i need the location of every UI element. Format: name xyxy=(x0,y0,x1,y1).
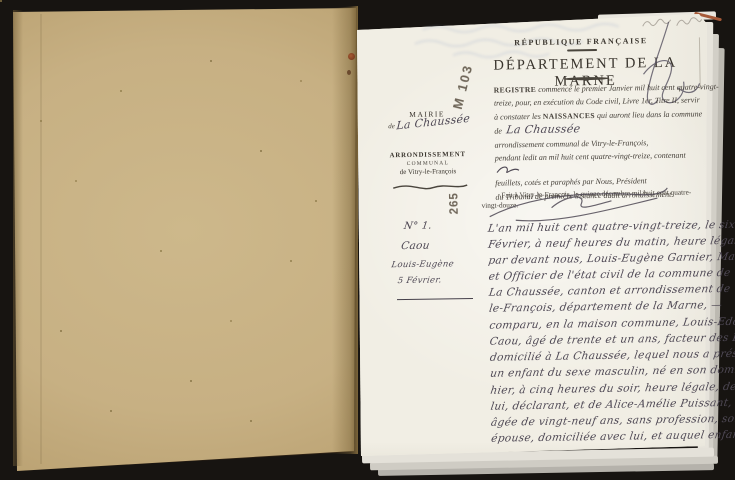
act-body-line: un enfant du sexe masculin, né en son do… xyxy=(489,364,713,380)
registre-line-text: à constater les xyxy=(494,112,543,122)
act-body-line: domicilié à La Chaussée, lequel nous a p… xyxy=(489,348,713,364)
act-body-line: épouse, domiciliée avec lui, et auquel e… xyxy=(490,429,714,445)
scanned-register-photo: { "header": { "republique": "RÉPUBLIQUE … xyxy=(0,0,735,480)
act-body-line: Février, à neuf heures du matin, heure l… xyxy=(487,235,711,251)
feuillets-scribble xyxy=(495,165,521,177)
commune-handwritten: La Chaussée xyxy=(505,122,581,137)
act-margin-number: N° 1. xyxy=(403,221,433,232)
act-body-line: âgée de vingt-neuf ans, sans profession,… xyxy=(490,413,714,429)
act-margin-given-names: Louis-Eugène xyxy=(391,259,455,270)
act-body-line: et Officier de l'état civil de la commun… xyxy=(488,267,712,283)
act-body-line: L'an mil huit cent quatre-vingt-treize, … xyxy=(487,219,711,235)
arrondissement-label: ARRONDISSEMENT xyxy=(387,151,469,159)
mairie-de-label: de xyxy=(388,122,395,130)
registre-line-text: qui auront lieu dans la commune xyxy=(595,109,702,120)
naissances-word: NAISSANCES xyxy=(543,111,595,121)
act-margin-date: 5 Février. xyxy=(397,275,442,286)
registre-word: REGISTRE xyxy=(494,85,537,95)
act-body-line: lui, déclarant, et de Alice-Amélie Puiss… xyxy=(490,397,714,413)
act-body-line: hier, à cinq heures du soir, heure légal… xyxy=(490,381,714,397)
act-body-line: La Chaussée, canton et arrondissement de… xyxy=(488,283,712,299)
registre-line-text: commencé le premier Janvier mil huit cen… xyxy=(536,82,719,94)
act-body-line: par devant nous, Louis-Eugène Garnier, M… xyxy=(488,251,712,267)
foxing-speckles xyxy=(0,0,2,2)
act-body-line: Caou, âgé de trente et un ans, facteur d… xyxy=(489,332,713,348)
left-page-edge-shadow xyxy=(13,10,23,466)
register-page-content: RÉPUBLIQUE FRANÇAISE DÉPARTEMENT DE LA M… xyxy=(355,11,714,458)
act-number-stamp: 265 xyxy=(448,192,460,214)
commune-prefix: de xyxy=(494,127,502,136)
act-body-line: comparu, en la maison commune, Louis-Edo… xyxy=(489,316,713,332)
act-body-line: le-François, département de la Marne, — xyxy=(488,299,712,315)
margin-rule xyxy=(397,298,473,300)
binding-stitch-dot xyxy=(347,70,351,75)
left-page-crease xyxy=(40,14,42,464)
binding-stitch-dot xyxy=(348,53,355,60)
vitry-label: de Vitry-le-François xyxy=(387,167,469,176)
gutter-fold-shadow xyxy=(332,6,358,454)
act-margin-surname: Caou xyxy=(400,240,430,252)
